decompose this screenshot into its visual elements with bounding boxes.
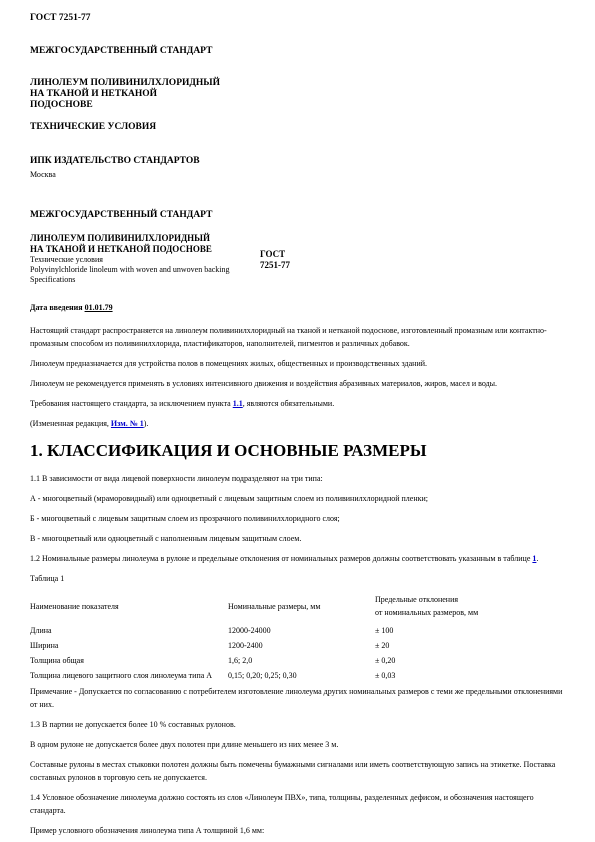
- text-segment: (Измененная редакция,: [30, 419, 111, 428]
- table-1: Наименование показателя Номинальные разм…: [30, 592, 565, 683]
- clause-1-1: 1.1 В зависимости от вида лицевой поверх…: [30, 472, 565, 485]
- effective-date-label: Дата введения: [30, 303, 85, 312]
- table-header-row: Наименование показателя Номинальные разм…: [30, 592, 565, 620]
- text-segment: 1.2 Номинальные размеры линолеума в руло…: [30, 554, 532, 563]
- standard-type-heading: МЕЖГОСУДАРСТВЕННЫЙ СТАНДАРТ: [30, 46, 565, 57]
- column-header-deviation: Предельные отклонения от номинальных раз…: [375, 593, 565, 619]
- effective-date-value: 01.01.79: [85, 303, 113, 312]
- cover-title-line: ПОДОСНОВЕ: [30, 100, 565, 111]
- clause-1-3-continuation: В одном рулоне не допускается более двух…: [30, 738, 565, 751]
- cell-name: Ширина: [30, 639, 228, 652]
- table-row: Длина 12000-24000 ± 100: [30, 623, 565, 638]
- type-a-item: А - многоцветный (мраморовидный) или одн…: [30, 492, 565, 505]
- table-row: Толщина общая 1,6; 2,0 ± 0,20: [30, 653, 565, 668]
- cell-deviation: ± 100: [375, 624, 565, 637]
- column-header-deviation-line: от номинальных размеров, мм: [375, 606, 565, 619]
- cell-size: 12000-24000: [228, 624, 375, 637]
- clause-1-3-continuation-2: Составные рулоны в местах стыковки полот…: [30, 758, 565, 784]
- standard-code-line: ГОСТ: [260, 249, 290, 260]
- clause-1-4: 1.4 Условное обозначение линолеума должн…: [30, 791, 565, 817]
- table-row: Толщина лицевого защитного слоя линолеум…: [30, 668, 565, 683]
- standard-subtitle-en: Polyvinylchloride linoleum with woven an…: [30, 265, 565, 275]
- cell-name: Длина: [30, 624, 228, 637]
- document-page: ГОСТ 7251-77 МЕЖГОСУДАРСТВЕННЫЙ СТАНДАРТ…: [0, 0, 595, 842]
- type-b-item: Б - многоцветный с лицевым защитным слое…: [30, 512, 565, 525]
- publisher-city: Москва: [30, 168, 565, 181]
- intro-paragraph-scope: Настоящий стандарт распространяется на л…: [30, 324, 565, 350]
- intro-paragraph-requirements: Требования настоящего стандарта, за искл…: [30, 397, 565, 410]
- column-header-size: Номинальные размеры, мм: [228, 600, 375, 613]
- publisher: ИПК ИЗДАТЕЛЬСТВО СТАНДАРТОВ: [30, 156, 565, 167]
- standard-type-heading-2: МЕЖГОСУДАРСТВЕННЫЙ СТАНДАРТ: [30, 210, 565, 221]
- standard-title-line: НА ТКАНОЙ И НЕТКАНОЙ ПОДОСНОВЕ: [30, 244, 565, 255]
- cover-title-line: ЛИНОЛЕУМ ПОЛИВИНИЛХЛОРИДНЫЙ: [30, 78, 565, 89]
- standard-subtitle-en2: Specifications: [30, 275, 565, 285]
- text-segment: ).: [144, 419, 149, 428]
- standard-title-line: ЛИНОЛЕУМ ПОЛИВИНИЛХЛОРИДНЫЙ: [30, 233, 565, 244]
- text-segment: , являются обязательными.: [243, 399, 334, 408]
- cell-size: 1200-2400: [228, 639, 375, 652]
- cell-deviation: ± 0,20: [375, 654, 565, 667]
- clause-1-4-example-intro: Пример условного обозначения линолеума т…: [30, 824, 565, 837]
- standard-code: ГОСТ 7251-77: [260, 249, 290, 271]
- text-segment: .: [536, 554, 538, 563]
- clause-1-3: 1.3 В партии не допускается более 10 % с…: [30, 718, 565, 731]
- cell-deviation: ± 20: [375, 639, 565, 652]
- cell-name: Толщина общая: [30, 654, 228, 667]
- table-row: Ширина 1200-2400 ± 20: [30, 638, 565, 653]
- standard-code-line: 7251-77: [260, 260, 290, 271]
- standard-title-block: ЛИНОЛЕУМ ПОЛИВИНИЛХЛОРИДНЫЙ НА ТКАНОЙ И …: [30, 233, 565, 285]
- doc-code-header: ГОСТ 7251-77: [30, 13, 565, 24]
- intro-paragraph-purpose: Линолеум предназначается для устройства …: [30, 357, 565, 370]
- cover-title: ЛИНОЛЕУМ ПОЛИВИНИЛХЛОРИДНЫЙ НА ТКАНОЙ И …: [30, 78, 565, 111]
- cell-size: 0,15; 0,20; 0,25; 0,30: [228, 669, 375, 682]
- cell-size: 1,6; 2,0: [228, 654, 375, 667]
- effective-date: Дата введения 01.01.79: [30, 301, 565, 314]
- type-v-item: В - многоцветный или одноцветный с напол…: [30, 532, 565, 545]
- section-1-heading: 1. КЛАССИФИКАЦИЯ И ОСНОВНЫЕ РАЗМЕРЫ: [30, 440, 565, 461]
- intro-paragraph-amendment: (Измененная редакция, Изм. № 1).: [30, 417, 565, 430]
- link-amendment-1[interactable]: Изм. № 1: [111, 419, 144, 428]
- table-1-note: Примечание - Допускается по согласованию…: [30, 685, 565, 711]
- cell-deviation: ± 0,03: [375, 669, 565, 682]
- cover-subtitle: ТЕХНИЧЕСКИЕ УСЛОВИЯ: [30, 122, 565, 133]
- cell-name: Толщина лицевого защитного слоя линолеум…: [30, 669, 228, 682]
- cover-title-line: НА ТКАНОЙ И НЕТКАНОЙ: [30, 89, 565, 100]
- link-clause-1-1[interactable]: 1.1: [233, 399, 243, 408]
- intro-paragraph-restriction: Линолеум не рекомендуется применять в ус…: [30, 377, 565, 390]
- column-header-name: Наименование показателя: [30, 600, 228, 613]
- standard-subtitle-ru: Технические условия: [30, 255, 565, 265]
- text-segment: Требования настоящего стандарта, за искл…: [30, 399, 233, 408]
- column-header-deviation-line: Предельные отклонения: [375, 593, 565, 606]
- clause-1-2: 1.2 Номинальные размеры линолеума в руло…: [30, 552, 565, 565]
- table-1-caption: Таблица 1: [30, 572, 565, 585]
